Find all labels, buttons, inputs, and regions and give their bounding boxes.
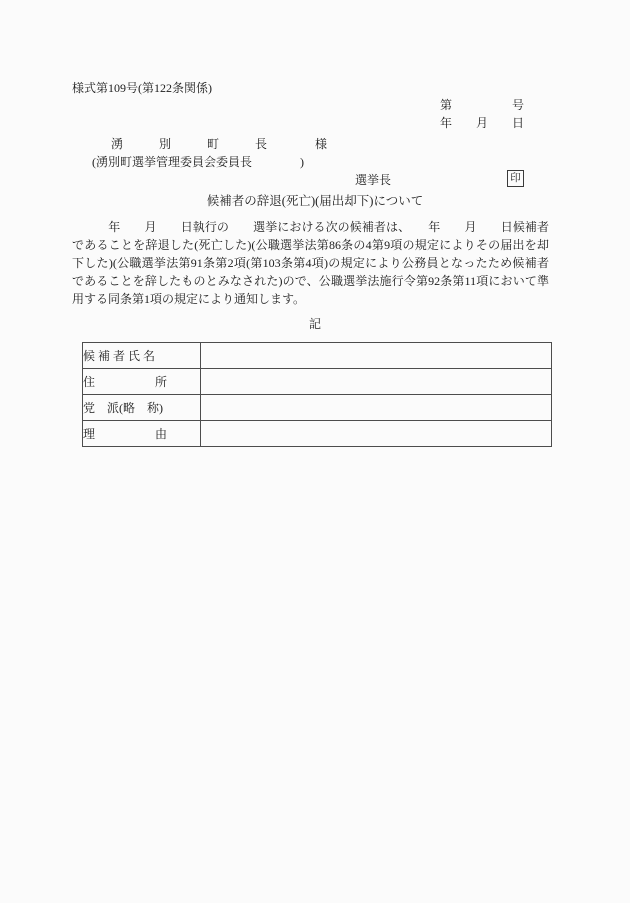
document-title: 候補者の辞退(死亡)(届出却下)について [0, 194, 630, 208]
table-row-reason: 理 由 [83, 421, 552, 447]
candidate-name-label: 候 補 者 氏 名 [83, 343, 201, 369]
sender-title: 選挙長 [355, 173, 391, 187]
reason-value [201, 421, 552, 447]
notice-table: 候 補 者 氏 名 住 所 党 派(略 称) 理 由 [82, 342, 552, 447]
address-label: 住 所 [83, 369, 201, 395]
document-number-line: 第 号 [440, 98, 524, 112]
seal-mark: 印 [510, 173, 521, 184]
party-label: 党 派(略 称) [83, 395, 201, 421]
body-paragraph: 年 月 日執行の 選挙における次の候補者は、 年 月 日候補者 であることを辞退… [72, 218, 549, 308]
table-row-address: 住 所 [83, 369, 552, 395]
date-line: 年 月 日 [440, 116, 524, 130]
document-page: 様式第109号(第122条関係) 第 号 年 月 日 湧 別 町 長 様 (湧別… [0, 0, 630, 903]
table-row-party: 党 派(略 称) [83, 395, 552, 421]
reason-label: 理 由 [83, 421, 201, 447]
body-line: 年 月 日執行の 選挙における次の候補者は、 年 月 日候補者 [72, 218, 549, 236]
body-line: であることを辞したものとみなされた)ので、公職選挙法施行令第92条第11項におい… [72, 272, 549, 290]
form-number: 様式第109号(第122条関係) [72, 81, 212, 95]
body-line: 下した)(公職選挙法第91条第2項(第103条第4項)の規定により公務員となった… [72, 254, 549, 272]
party-value [201, 395, 552, 421]
addressee-line: 湧 別 町 長 様 [111, 137, 327, 151]
addressee-paren-line: (湧別町選挙管理委員会委員長 ) [92, 155, 304, 169]
record-marker: 記 [0, 317, 630, 331]
body-line: 用する同条第1項の規定により通知します。 [72, 290, 549, 308]
candidate-name-value [201, 343, 552, 369]
seal-box: 印 [507, 170, 524, 187]
address-value [201, 369, 552, 395]
body-line: であることを辞退した(死亡した)(公職選挙法第86条の4第9項の規定によりその届… [72, 236, 549, 254]
table-row-candidate-name: 候 補 者 氏 名 [83, 343, 552, 369]
